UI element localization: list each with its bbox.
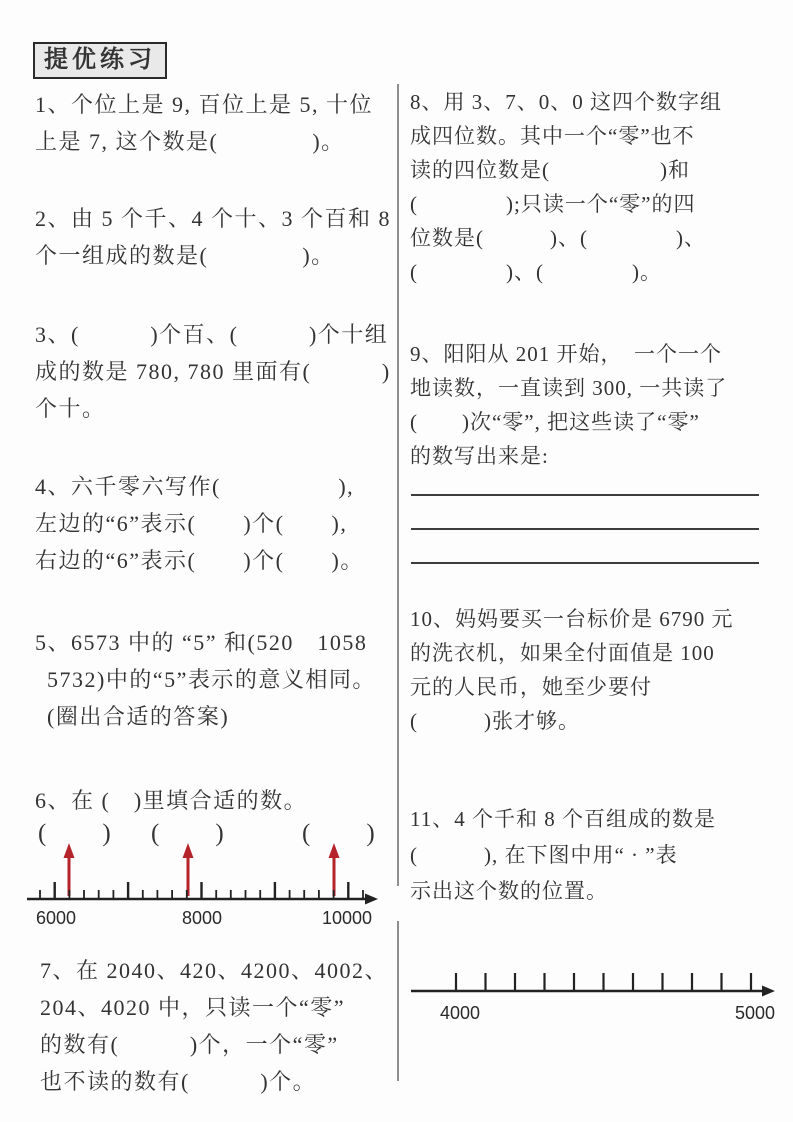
question-7-line-2: 204、4020 中，只读一个“零”	[40, 989, 396, 1026]
question-10-line-1: 10、妈妈要买一台标价是 6790 元	[410, 602, 780, 636]
axis-label-4000: 4000	[440, 1003, 480, 1023]
question-8-line-5: 位数是( )、( )、	[410, 221, 780, 255]
question-1: 1、个位上是 9, 百位上是 5, 十位 上是 7, 这个数是( )。	[35, 86, 391, 160]
question-3-line-2: 成的数是 780, 780 里面有( )	[35, 353, 391, 390]
red-arrow-icon-2	[183, 843, 194, 896]
question-11: 11、4 个千和 8 个百组成的数是 ( ), 在下图中用“ · ”表 示出这个…	[410, 801, 780, 909]
question-2-line-2: 个一组成的数是( )。	[35, 237, 391, 274]
column-divider-lower	[397, 921, 399, 1081]
question-5: 5、6573 中的 “5” 和(520 1058 5732)中的“5”表示的意义…	[35, 624, 391, 735]
answer-blank-line-2	[411, 528, 759, 530]
axis-label-6000: 6000	[36, 908, 76, 928]
numberline-6000-10000: 6000 8000 10000	[20, 838, 392, 936]
worksheet-title: 提优练习	[44, 47, 156, 73]
question-4-line-1: 4、六千零六写作( ),	[35, 468, 391, 505]
question-5-line-2: 5732)中的“5”表示的意义相同。	[35, 661, 391, 698]
question-8-line-1: 8、用 3、7、0、0 这四个数字组	[410, 85, 780, 119]
question-3: 3、( )个百、( )个十组 成的数是 780, 780 里面有( ) 个十。	[35, 316, 391, 427]
question-9-line-4: 的数写出来是:	[410, 439, 780, 473]
question-8: 8、用 3、7、0、0 这四个数字组 成四位数。其中一个“零”也不 读的四位数是…	[410, 85, 780, 289]
question-8-line-2: 成四位数。其中一个“零”也不	[410, 119, 780, 153]
worksheet-title-box: 提优练习	[33, 42, 167, 79]
question-7: 7、在 2040、420、4200、4002、 204、4020 中，只读一个“…	[40, 952, 396, 1100]
question-4: 4、六千零六写作( ), 左边的“6”表示( )个( ), 右边的“6”表示( …	[35, 468, 391, 579]
question-7-line-4: 也不读的数有( )个。	[40, 1063, 396, 1100]
numberline-4000-5000: 4000 5000	[403, 955, 788, 1035]
red-arrow-icon-1	[64, 843, 75, 896]
question-11-line-2: ( ), 在下图中用“ · ”表	[410, 837, 780, 873]
tick-group	[456, 973, 751, 991]
question-2: 2、由 5 个千、4 个十、3 个百和 8 个一组成的数是( )。	[35, 200, 391, 274]
question-7-line-1: 7、在 2040、420、4200、4002、	[40, 952, 396, 989]
axis-arrowhead-icon	[365, 894, 378, 905]
question-9: 9、阳阳从 201 开始， 一个一个 地读数，一直读到 300, 一共读了 ( …	[410, 337, 780, 473]
question-4-line-3: 右边的“6”表示( )个( )。	[35, 542, 391, 579]
question-10-line-3: 元的人民币，她至少要付	[410, 670, 780, 704]
question-10-line-2: 的洗衣机，如果全付面值是 100	[410, 636, 780, 670]
red-arrow-icon-3	[329, 843, 340, 896]
answer-blank-line-1	[411, 494, 759, 496]
question-11-line-1: 11、4 个千和 8 个百组成的数是	[410, 801, 780, 837]
question-5-line-1: 5、6573 中的 “5” 和(520 1058	[35, 624, 391, 661]
answer-blank-line-3	[411, 562, 759, 564]
axis-label-5000: 5000	[735, 1003, 775, 1023]
question-9-line-3: ( )次“零”, 把这些读了“零”	[410, 405, 780, 439]
question-8-line-4: ( );只读一个“零”的四	[410, 187, 780, 221]
question-3-line-1: 3、( )个百、( )个十组	[35, 316, 391, 353]
question-9-line-2: 地读数，一直读到 300, 一共读了	[410, 371, 780, 405]
question-8-line-3: 读的四位数是( )和	[410, 153, 780, 187]
question-2-line-1: 2、由 5 个千、4 个十、3 个百和 8	[35, 200, 391, 237]
question-4-line-2: 左边的“6”表示( )个( ),	[35, 505, 391, 542]
question-11-line-3: 示出这个数的位置。	[410, 873, 780, 909]
question-8-line-6: ( )、( )。	[410, 255, 780, 289]
question-1-line-2: 上是 7, 这个数是( )。	[35, 123, 391, 160]
tick-group	[40, 882, 363, 899]
question-9-line-1: 9、阳阳从 201 开始， 一个一个	[410, 337, 780, 371]
question-3-line-3: 个十。	[35, 390, 391, 427]
axis-arrowhead-icon	[762, 986, 775, 997]
question-7-line-3: 的数有( )个，一个“零”	[40, 1026, 396, 1063]
column-divider-upper	[397, 84, 399, 886]
axis-label-10000: 10000	[322, 908, 372, 928]
question-1-line-1: 1、个位上是 9, 百位上是 5, 十位	[35, 86, 391, 123]
question-5-line-3: (圈出合适的答案)	[35, 698, 391, 735]
worksheet-page: 提优练习 1、个位上是 9, 百位上是 5, 十位 上是 7, 这个数是( )。…	[0, 0, 793, 1122]
question-10: 10、妈妈要买一台标价是 6790 元 的洗衣机，如果全付面值是 100 元的人…	[410, 602, 780, 738]
axis-label-8000: 8000	[182, 908, 222, 928]
question-10-line-4: ( )张才够。	[410, 704, 780, 738]
